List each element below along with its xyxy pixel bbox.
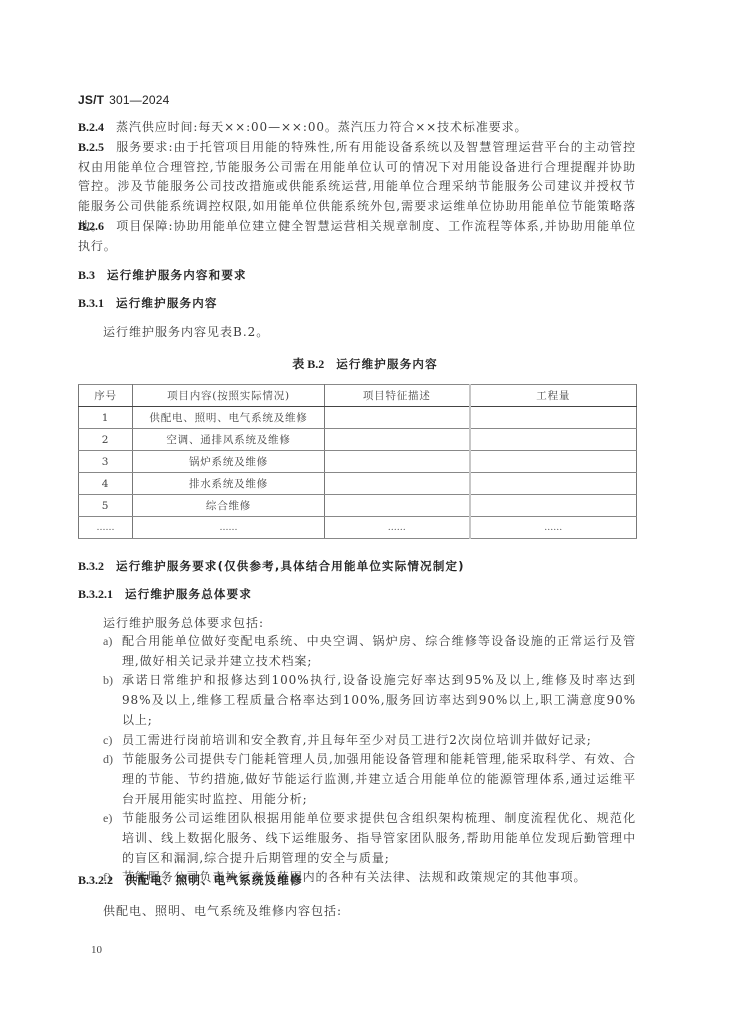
table-number: 表 B.2 bbox=[292, 357, 324, 371]
section-number: B.3.1 bbox=[78, 296, 104, 310]
list-marker: c) bbox=[103, 731, 122, 751]
cell-description bbox=[325, 495, 470, 517]
section-heading-b322: B.3.2.2供配电、照明、电气系统及维修 bbox=[78, 872, 303, 888]
cell-quantity bbox=[470, 429, 637, 451]
table-row: 1 供配电、照明、电气系统及维修 bbox=[79, 407, 637, 429]
table-header-row: 序号 项目内容(按照实际情况) 项目特征描述 工程量 bbox=[79, 385, 637, 407]
section-b31-intro: 运行维护服务内容见表B.2。 bbox=[103, 323, 269, 340]
clause-number: B.2.4 bbox=[78, 120, 104, 134]
cell-quantity: …… bbox=[470, 517, 637, 539]
list-marker: d) bbox=[103, 750, 122, 809]
clause-number: B.2.6 bbox=[78, 219, 104, 233]
cell-quantity bbox=[470, 495, 637, 517]
clause-b24: B.2.4蒸汽供应时间:每天××:00—××:00。蒸汽压力符合××技术标准要求… bbox=[78, 118, 636, 138]
list-marker: b) bbox=[103, 671, 122, 730]
list-item: a) 配合用能单位做好变配电系统、中央空调、锅炉房、综合维修等设备设施的正常运行… bbox=[103, 632, 636, 671]
document-page: JS/T301—2024 B.2.4蒸汽供应时间:每天××:00—××:00。蒸… bbox=[0, 0, 730, 1024]
list-marker: a) bbox=[103, 632, 122, 671]
list-marker: e) bbox=[103, 809, 122, 868]
requirements-list: a) 配合用能单位做好变配电系统、中央空调、锅炉房、综合维修等设备设施的正常运行… bbox=[103, 632, 636, 888]
cell-index: 3 bbox=[79, 451, 133, 473]
clause-text: 项目保障:协助用能单位建立健全智慧运营相关规章制度、工作流程等体系,并协助用能单… bbox=[78, 219, 636, 253]
cell-quantity bbox=[470, 473, 637, 495]
list-item: d) 节能服务公司提供专门能耗管理人员,加强用能设备管理和能耗管理,能采取科学、… bbox=[103, 750, 636, 809]
table-row: 3 锅炉系统及维修 bbox=[79, 451, 637, 473]
section-title: 运行维护服务要求(仅供参考,具体结合用能单位实际情况制定) bbox=[116, 559, 465, 573]
list-item: c) 员工需进行岗前培训和安全教育,并且每年至少对员工进行2次岗位培训并做好记录… bbox=[103, 731, 636, 751]
table-row: 5 综合维修 bbox=[79, 495, 637, 517]
cell-index: 4 bbox=[79, 473, 133, 495]
column-header-description: 项目特征描述 bbox=[325, 385, 470, 407]
cell-description bbox=[325, 473, 470, 495]
section-title: 运行维护服务总体要求 bbox=[125, 587, 252, 601]
table-row: …… …… …… …… bbox=[79, 517, 637, 539]
list-item: b) 承诺日常维护和报修达到100%执行,设备设施完好率达到95%及以上,维修及… bbox=[103, 671, 636, 730]
list-item: e) 节能服务公司运维团队根据用能单位要求提供包含组织架构梳理、制度流程优化、规… bbox=[103, 809, 636, 868]
section-heading-b32: B.3.2运行维护服务要求(仅供参考,具体结合用能单位实际情况制定) bbox=[78, 558, 465, 574]
section-title: 供配电、照明、电气系统及维修 bbox=[125, 873, 303, 887]
section-heading-b3: B.3运行维护服务内容和要求 bbox=[78, 267, 247, 283]
standard-header: JS/T301—2024 bbox=[78, 93, 169, 107]
cell-item: 综合维修 bbox=[133, 495, 325, 517]
column-header-item: 项目内容(按照实际情况) bbox=[133, 385, 325, 407]
list-text: 员工需进行岗前培训和安全教育,并且每年至少对员工进行2次岗位培训并做好记录; bbox=[122, 731, 636, 751]
list-text: 节能服务公司运维团队根据用能单位要求提供包含组织架构梳理、制度流程优化、规范化培… bbox=[122, 809, 636, 868]
list-text: 节能服务公司提供专门能耗管理人员,加强用能设备管理和能耗管理,能采取科学、有效、… bbox=[122, 750, 636, 809]
page-number: 10 bbox=[91, 944, 102, 956]
cell-description bbox=[325, 429, 470, 451]
cell-item: 锅炉系统及维修 bbox=[133, 451, 325, 473]
standard-number: 301—2024 bbox=[109, 93, 169, 107]
table-row: 2 空调、通排风系统及维修 bbox=[79, 429, 637, 451]
service-content-table: 序号 项目内容(按照实际情况) 项目特征描述 工程量 1 供配电、照明、电气系统… bbox=[78, 384, 637, 539]
section-heading-b31: B.3.1运行维护服务内容 bbox=[78, 295, 218, 311]
cell-item: 排水系统及维修 bbox=[133, 473, 325, 495]
cell-quantity bbox=[470, 451, 637, 473]
cell-index: …… bbox=[79, 517, 133, 539]
cell-description bbox=[325, 407, 470, 429]
clause-number: B.2.5 bbox=[78, 140, 104, 154]
table-caption: 表 B.2运行维护服务内容 bbox=[0, 355, 730, 372]
cell-description bbox=[325, 451, 470, 473]
clause-text: 蒸汽供应时间:每天××:00—××:00。蒸汽压力符合××技术标准要求。 bbox=[116, 120, 527, 134]
cell-index: 2 bbox=[79, 429, 133, 451]
list-text: 配合用能单位做好变配电系统、中央空调、锅炉房、综合维修等设备设施的正常运行及管理… bbox=[122, 632, 636, 671]
section-title: 运行维护服务内容 bbox=[116, 296, 218, 310]
cell-item: 空调、通排风系统及维修 bbox=[133, 429, 325, 451]
column-header-quantity: 工程量 bbox=[470, 385, 637, 407]
section-b322-intro: 供配电、照明、电气系统及维修内容包括: bbox=[103, 902, 342, 919]
cell-item: …… bbox=[133, 517, 325, 539]
cell-index: 1 bbox=[79, 407, 133, 429]
column-header-index: 序号 bbox=[79, 385, 133, 407]
section-number: B.3.2.2 bbox=[78, 873, 113, 887]
clause-b26: B.2.6项目保障:协助用能单位建立健全智慧运营相关规章制度、工作流程等体系,并… bbox=[78, 217, 636, 256]
table-row: 4 排水系统及维修 bbox=[79, 473, 637, 495]
section-number: B.3 bbox=[78, 268, 95, 282]
list-text: 承诺日常维护和报修达到100%执行,设备设施完好率达到95%及以上,维修及时率达… bbox=[122, 671, 636, 730]
cell-description: …… bbox=[325, 517, 470, 539]
table-title: 运行维护服务内容 bbox=[336, 357, 438, 371]
section-b321-intro: 运行维护服务总体要求包括: bbox=[103, 614, 264, 631]
section-heading-b321: B.3.2.1运行维护服务总体要求 bbox=[78, 586, 252, 602]
cell-item: 供配电、照明、电气系统及维修 bbox=[133, 407, 325, 429]
section-number: B.3.2 bbox=[78, 559, 104, 573]
standard-prefix: JS/T bbox=[78, 93, 104, 107]
section-number: B.3.2.1 bbox=[78, 587, 113, 601]
section-title: 运行维护服务内容和要求 bbox=[107, 268, 247, 282]
cell-index: 5 bbox=[79, 495, 133, 517]
cell-quantity bbox=[470, 407, 637, 429]
